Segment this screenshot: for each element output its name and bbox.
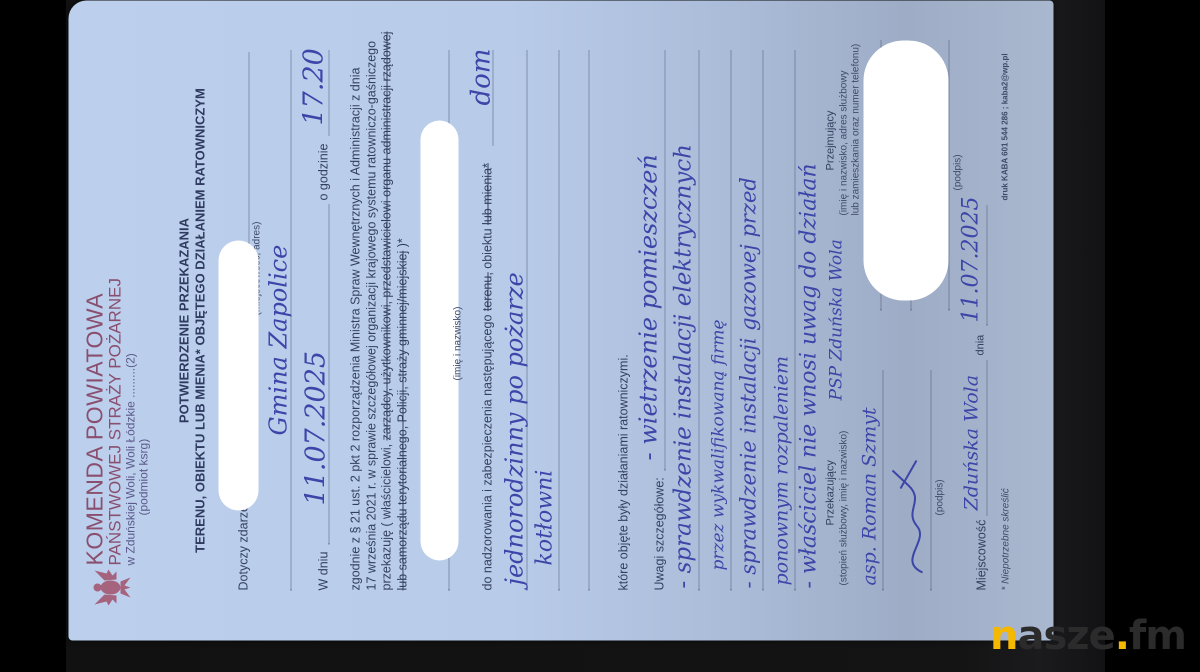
issuer-stamp: KOMENDA POWIATOWA PAŃSTWOWEJ STRAŻY POŻA… (82, 265, 150, 565)
object-text: do nadzorowania i zabezpieczenia następu… (480, 163, 494, 590)
covered-by-rescue-text: które objęte były działaniami ratowniczy… (616, 354, 630, 590)
remarks-label: Uwagi szczegółowe: (652, 477, 666, 590)
handing-over-signature-caption: (podpis) (934, 479, 945, 515)
remark-4: ponownym rozpaleniem (770, 356, 792, 585)
receiving-role: Przejmujący (824, 110, 836, 170)
remarks-line-1 (698, 50, 699, 590)
footer-date-line (986, 205, 987, 325)
handing-over-signature (886, 420, 932, 580)
time-label: o godzinie (316, 143, 330, 200)
title-line-2: TERENU, OBIEKTU LUB MIENIA* OBJĘTEGO DZI… (192, 0, 208, 640)
remark-5: - właściciel nie wnosi uwag do działań (796, 163, 821, 588)
handing-over-unit: PSP Zduńska Wola (826, 239, 846, 400)
receiving-caption-2: lub zamieszkania oraz numer telefonu) (850, 43, 861, 215)
form-document: KOMENDA POWIATOWA PAŃSTWOWEJ STRAŻY POŻA… (68, 0, 1053, 640)
date-label: W dniu (316, 551, 330, 590)
legal-line-1: zgodnie z § 21 ust. 2 pkt 2 rozporządzen… (348, 30, 364, 590)
place-label: Miejscowość (974, 519, 988, 590)
place-handwritten: Zduńska Wola (960, 374, 982, 510)
handing-over-name: asp. Roman Szmyt (858, 407, 880, 585)
title-line-1: POTWIERDZENIE PRZEKAZANIA (176, 0, 192, 640)
eagle-emblem-icon (88, 569, 132, 605)
handing-over-name-line (882, 370, 883, 590)
footer-date-label: dnia (974, 334, 986, 355)
object-line-3 (588, 50, 589, 590)
date-handwritten: 11.07.2025 (300, 350, 331, 505)
handing-over-role: Przekazujący (824, 460, 836, 525)
remarks-line-3 (762, 50, 763, 590)
legal-line-3: przekazuję ( właścicielowi, zarządcy, uż… (379, 30, 395, 590)
object-line-2 (558, 50, 559, 590)
document-title: POTWIERDZENIE PRZEKAZANIA TERENU, OBIEKT… (176, 0, 208, 640)
receiving-signature-line (948, 40, 949, 310)
stamp-line-3-sub: (podmiot ksrg) (137, 265, 150, 565)
redaction-receiving (863, 40, 948, 300)
object-handwritten-2: kotłowni (532, 469, 557, 565)
location-line-2 (290, 50, 291, 590)
object-handwritten-0: dom (466, 48, 496, 105)
remarks-line-2 (730, 50, 731, 590)
printer-info: druk KABA 601 544 286 ; kaba2@wp.pl (1000, 53, 1009, 200)
stamp-line-1: KOMENDA POWIATOWA (82, 265, 106, 565)
legal-line-2: 17 września 2021 r. w sprawie szczegółow… (364, 30, 380, 590)
remark-1: - sprawdzenie instalacji elektrycznych (670, 144, 696, 588)
footnote: * Niepotrzebne skreślić (1000, 488, 1011, 590)
redaction-location (218, 240, 258, 510)
document-photo: KOMENDA POWIATOWA PAŃSTWOWEJ STRAŻY POŻA… (68, 0, 1053, 640)
footer-date-handwritten: 11.07.2025 (958, 196, 983, 322)
handing-over-signature-line (930, 370, 931, 590)
legal-basis-text: zgodnie z § 21 ust. 2 pkt 2 rozporządzen… (348, 30, 410, 590)
location-handwritten: Gmina Zapolice (264, 244, 292, 435)
remarks-line-0 (664, 50, 665, 470)
remarks-line-4 (794, 50, 795, 590)
receiving-caption-1: (imię i nazwisko, adres służbowy (838, 70, 849, 215)
stamp-line-3: w Zduńskiej Woli, Woli Łódzkie .........… (124, 265, 137, 565)
legal-line-4: lub samorządu terytorialnego, Policji, s… (395, 30, 411, 590)
receiving-signature-caption: (podpis) (952, 154, 963, 190)
remark-2: przez wykwalifikowaną firmę (708, 319, 728, 570)
nasze-fm-watermark: nasze.fm (990, 612, 1186, 660)
time-handwritten: 17.20 (298, 48, 329, 125)
stamp-line-2: PAŃSTWOWEJ STRAŻY POŻARNEJ (106, 265, 124, 565)
remark-3: - sprawdzenie instalacji gazowej przed (736, 177, 760, 588)
remark-0: - wietrzenie pomieszczeń (634, 154, 662, 460)
place-line (986, 360, 987, 515)
object-handwritten-1: jednorodzinny po pożarze (500, 272, 528, 585)
recipient-caption: (imię i nazwisko) (452, 306, 463, 380)
handing-over-caption: (stopień służbowy, imię i nazwisko) (838, 430, 849, 585)
